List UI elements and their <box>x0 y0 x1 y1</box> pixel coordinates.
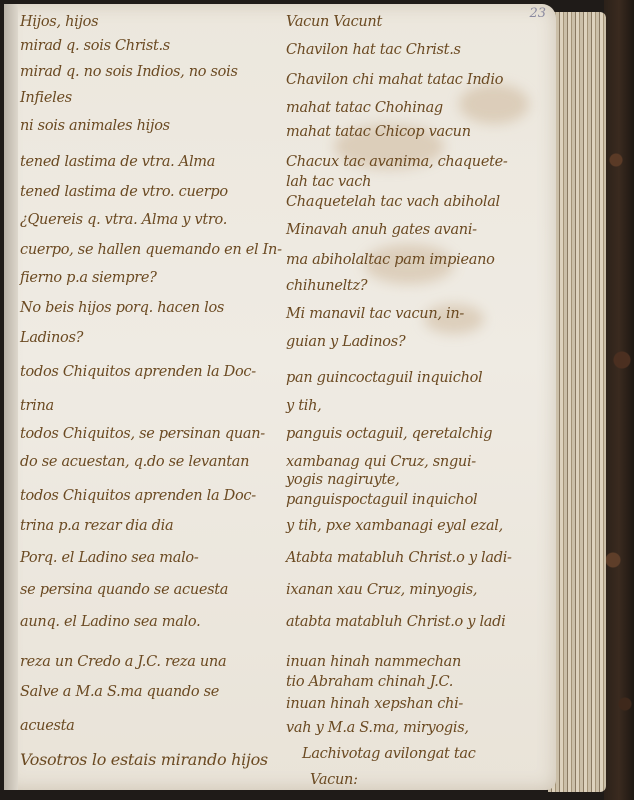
manuscript-line: mahat tatac Chicop vacun <box>286 124 471 140</box>
manuscript-line: do se acuestan, q.do se levantan <box>20 454 249 470</box>
manuscript-line: reza un Credo a J.C. reza una <box>20 654 226 670</box>
page-block-edges <box>548 12 606 792</box>
manuscript-line: Minavah anuh gates avani- <box>286 222 477 238</box>
manuscript-line: ¿Quereis q. vtra. Alma y vtro. <box>20 212 227 228</box>
manuscript-line: Chavilon chi mahat tatac Indio <box>286 72 503 88</box>
manuscript-line: tened lastima de vtro. cuerpo <box>20 184 228 200</box>
manuscript-line: Mi manavil tac vacun, in- <box>286 306 464 322</box>
manuscript-line: Chacux tac avanima, chaquete- <box>286 154 508 170</box>
manuscript-line: inuan hinah nammechan <box>286 654 461 670</box>
manuscript-line: Lachivotag avilongat tac <box>302 746 476 762</box>
manuscript-line: aunq. el Ladino sea malo. <box>20 614 200 630</box>
manuscript-line: panguispoctaguil inquichol <box>286 492 477 508</box>
binding-gutter <box>4 4 18 790</box>
manuscript-line: Infieles <box>20 90 72 106</box>
manuscript-line: trina <box>20 398 54 414</box>
manuscript-line: mahat tatac Chohinag <box>286 100 443 116</box>
manuscript-line: trina p.a rezar dia dia <box>20 518 173 534</box>
scanned-manuscript: 23 Hijos, hijos mirad q. sois Christ.s m… <box>0 0 634 800</box>
manuscript-line: tio Abraham chinah J.C. <box>286 674 453 690</box>
manuscript-line: lah tac vach <box>286 174 371 190</box>
manuscript-line: Porq. el Ladino sea malo- <box>20 550 198 566</box>
manuscript-line: todos Chiquitos aprenden la Doc- <box>20 488 256 504</box>
folio-number: 23 <box>529 6 546 21</box>
manuscript-line: Hijos, hijos <box>20 14 98 30</box>
manuscript-line: Chaquetelah tac vach abiholal <box>286 194 500 210</box>
manuscript-line: ni sois animales hijos <box>20 118 170 134</box>
manuscript-line: y tih, <box>286 398 321 414</box>
manuscript-line: tened lastima de vtra. Alma <box>20 154 215 170</box>
manuscript-line: vah y M.a S.ma, miryogis, <box>286 720 469 736</box>
manuscript-line: No beis hijos porq. hacen los <box>20 300 224 316</box>
manuscript-line: Atabta matabluh Christ.o y ladi- <box>286 550 512 566</box>
manuscript-line: ixanan xau Cruz, minyogis, <box>286 582 477 598</box>
manuscript-line: yogis nagiruyte, <box>286 472 399 488</box>
manuscript-line: ma abiholaltac pam impieano <box>286 252 495 268</box>
manuscript-line: mirad q. no sois Indios, no sois <box>20 64 238 80</box>
manuscript-line: Vosotros lo estais mirando hijos <box>20 750 268 769</box>
manuscript-line: se persina quando se acuesta <box>20 582 228 598</box>
manuscript-line: atabta matabluh Christ.o y ladi <box>286 614 505 630</box>
manuscript-line: todos Chiquitos, se persinan quan- <box>20 426 265 442</box>
manuscript-line: Vacun Vacunt <box>286 14 382 30</box>
water-stain <box>459 84 529 124</box>
manuscript-line: mirad q. sois Christ.s <box>20 38 170 54</box>
manuscript-line: guian y Ladinos? <box>286 334 405 350</box>
manuscript-line: Chavilon hat tac Christ.s <box>286 42 461 58</box>
manuscript-line: todos Chiquitos aprenden la Doc- <box>20 364 256 380</box>
marbled-book-cover <box>604 0 634 800</box>
manuscript-line: xambanag qui Cruz, sngui- <box>286 454 476 470</box>
manuscript-line: panguis octaguil, qeretalchig <box>286 426 492 442</box>
manuscript-line: inuan hinah xepshan chi- <box>286 696 463 712</box>
manuscript-line: Salve a M.a S.ma quando se <box>20 684 219 700</box>
manuscript-line: chihuneltz? <box>286 278 367 294</box>
manuscript-line: Vacun: <box>310 772 358 788</box>
manuscript-line: y tih, pxe xambanagi eyal ezal, <box>286 518 503 534</box>
manuscript-line: Ladinos? <box>20 330 83 346</box>
manuscript-line: fierno p.a siempre? <box>20 270 157 286</box>
manuscript-line: cuerpo, se hallen quemando en el In- <box>20 242 282 258</box>
manuscript-line: acuesta <box>20 718 75 734</box>
manuscript-line: pan guincoctaguil inquichol <box>286 370 482 386</box>
